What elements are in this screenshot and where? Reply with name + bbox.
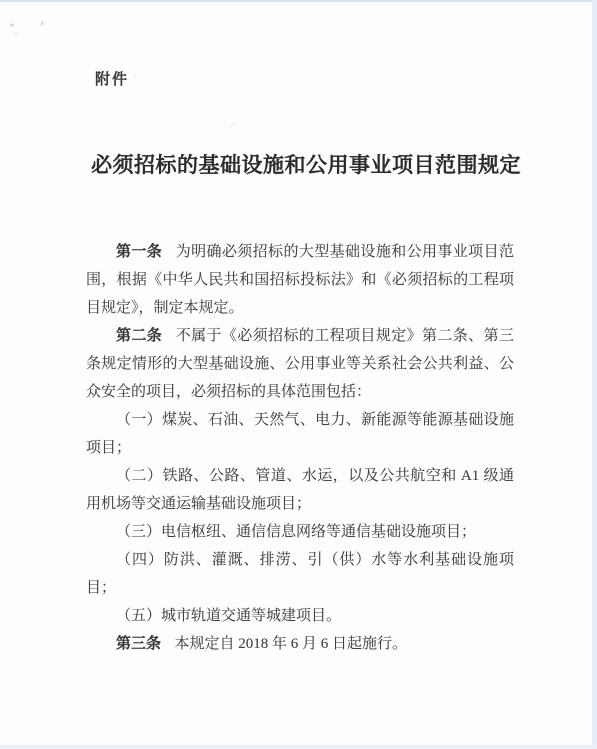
scan-speck [230, 122, 237, 126]
scan-speck [10, 23, 14, 27]
list-item-3: （三）电信枢纽、通信信息网络等通信基础设施项目； [86, 518, 514, 546]
list-item-5: （五）城市轨道交通等城建项目。 [86, 602, 514, 630]
scanned-document-page: 附件 必须招标的基础设施和公用事业项目范围规定 第一条为明确必须招标的大型基础设… [0, 0, 597, 749]
article-2-label: 第二条 [116, 328, 162, 344]
scan-edge-right [592, 0, 597, 749]
document-body: 第一条为明确必须招标的大型基础设施和公用事业项目范围，根据《中华人民共和国招标投… [86, 238, 514, 658]
list-item-4: （四）防洪、灌溉、排涝、引（供）水等水利基础设施项目； [86, 546, 514, 602]
scan-edge-bottom [0, 745, 597, 749]
article-2: 第二条不属于《必须招标的工程项目规定》第二条、第三条规定情形的大型基础设施、公用… [86, 322, 514, 406]
article-3-label: 第三条 [116, 636, 161, 652]
article-3: 第三条本规定自 2018 年 6 月 6 日起施行。 [86, 630, 514, 658]
scan-speck [40, 21, 43, 26]
document-title: 必须招标的基础设施和公用事业项目范围规定 [80, 149, 532, 179]
list-item-1: （一）煤炭、石油、天然气、电力、新能源等能源基础设施项目； [86, 406, 514, 462]
scan-edge-top [0, 0, 597, 2]
scan-speck [15, 33, 17, 35]
article-1-label: 第一条 [116, 244, 162, 260]
list-item-2: （二）铁路、公路、管道、水运，以及公共航空和 A1 级通用机场等交通运输基础设施… [86, 462, 514, 518]
attachment-label: 附件 [95, 68, 129, 89]
article-1: 第一条为明确必须招标的大型基础设施和公用事业项目范围，根据《中华人民共和国招标投… [86, 238, 514, 322]
article-3-text: 本规定自 2018 年 6 月 6 日起施行。 [175, 636, 408, 652]
scan-speck [133, 76, 136, 77]
